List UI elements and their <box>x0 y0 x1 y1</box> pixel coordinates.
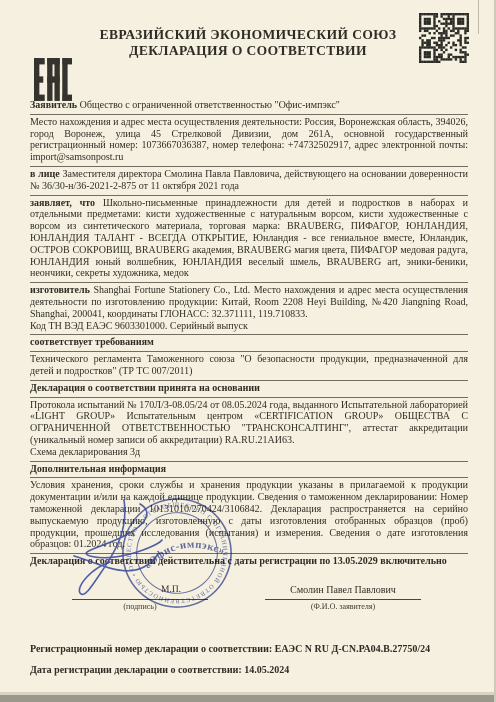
manufacturer-value: Shanghai Fortune Stationery Co., Ltd. Ме… <box>30 285 468 320</box>
scan-edge <box>0 695 496 702</box>
divider <box>30 195 468 196</box>
additional-info-heading: Дополнительная информация <box>30 464 468 476</box>
declaration-scheme: Схема декларирования 3д <box>30 447 468 459</box>
applicant-value: Общество с ограниченной ответственностью… <box>80 100 340 111</box>
divider <box>30 397 468 398</box>
declaration-document: ЕВРАЗИЙСКИЙ ЭКОНОМИЧЕСКИЙ СОЮЗ ДЕКЛАРАЦИ… <box>0 0 496 702</box>
tnved-code-line: Код ТН ВЭД ЕАЭС 9603301000. Серийный вып… <box>30 321 468 333</box>
manufacturer-info: изготовитель Shanghai Fortune Stationery… <box>30 285 468 320</box>
applicant-line: Заявитель Общество с ограниченной ответс… <box>30 100 468 112</box>
divider <box>30 351 468 352</box>
divider <box>30 114 468 115</box>
applicant-address: Место нахождения и адрес места осуществл… <box>30 117 468 164</box>
registration-number-line: Регистрационный номер декларации о соотв… <box>30 644 468 656</box>
divider <box>30 380 468 381</box>
handwritten-signature <box>58 496 203 601</box>
name-line <box>265 599 421 600</box>
representative-line: в лице Заместителя директора Смолина Пав… <box>30 169 468 193</box>
divider <box>30 334 468 335</box>
basis-heading: Декларация о соответствии принята на осн… <box>30 383 468 395</box>
representative-value: Заместителя директора Смолина Павла Павл… <box>30 169 468 192</box>
representative-label: в лице <box>30 169 60 180</box>
registration-date-line: Дата регистрации декларации о соответств… <box>30 665 468 677</box>
paper-fold-line <box>478 0 479 34</box>
conforms-heading: соответствует требованиям <box>30 337 468 349</box>
divider <box>30 282 468 283</box>
applicant-label: Заявитель <box>30 100 77 111</box>
name-caption: (Ф.И.О. заявителя) <box>265 601 421 613</box>
declares-value: Школьно-письменные принадлежности для де… <box>30 198 468 280</box>
manufacturer-label: изготовитель <box>30 285 90 296</box>
declares-label: заявляет, что <box>30 198 95 209</box>
qr-code-icon <box>419 13 469 68</box>
divider <box>30 166 468 167</box>
divider <box>30 461 468 462</box>
divider <box>30 477 468 478</box>
test-protocol: Протокола испытаний № 170Л/З-08.05/24 от… <box>30 400 468 447</box>
declarant-name: Смолин Павел Павлович <box>265 585 421 597</box>
regulation-reference: Технического регламента Таможенного союз… <box>30 354 468 378</box>
declared-products: заявляет, что Школьно-письменные принадл… <box>30 198 468 281</box>
